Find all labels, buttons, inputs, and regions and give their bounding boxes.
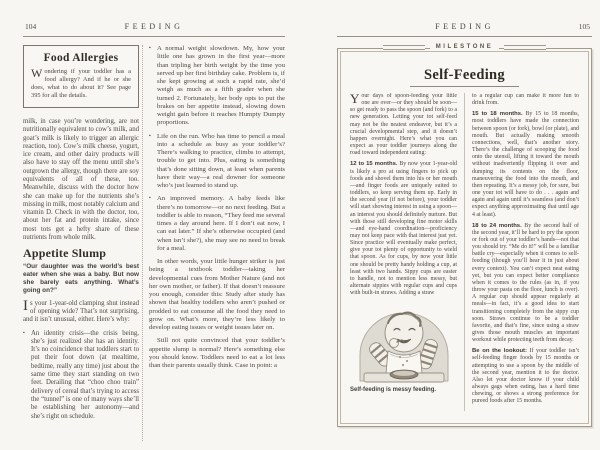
body-paragraph: milk, in case you’re wondering, are not … (23, 118, 139, 242)
body-paragraph: Your days of spoon-feeding your little o… (350, 93, 457, 157)
left-page-column-1: Food Allergies Wondering if your toddler… (23, 45, 139, 443)
list-item: An improved memory. A baby feeds like th… (149, 195, 285, 253)
body-paragraph: 15 to 18 months. By 15 to 18 months, mos… (472, 111, 579, 218)
figure: Self-feeding is messy feeding. (350, 301, 457, 394)
list-item: A normal weight slowdown. My, how your l… (149, 45, 285, 128)
baby-self-feeding-illustration (352, 301, 456, 385)
left-page-column-divider (142, 45, 143, 441)
body-paragraph: Is your 1-year-old clamping shut instead… (23, 300, 139, 325)
right-page-number: 105 (579, 22, 590, 31)
lookout-lead: Be on the lookout: (472, 348, 527, 354)
milestone-rule-left (383, 45, 425, 50)
body-paragraph: 12 to 15 months. By now your 1-year-old … (350, 161, 457, 297)
right-running-head: FEEDING (337, 22, 592, 31)
body-paragraph: In other words, your little hunger strik… (149, 258, 285, 332)
milestone-label: MILESTONE (338, 44, 591, 50)
appetite-slump-heading: Appetite Slump (23, 249, 139, 257)
reader-question-quote: “Our daughter was the world’s best eater… (23, 263, 139, 295)
body-paragraph: Still not quite convinced that your todd… (149, 337, 285, 370)
age-range-lead: 12 to 15 months. (350, 161, 398, 167)
list-item: An identity crisis—the crisis being, she… (23, 330, 139, 421)
food-allergies-title: Food Allergies (31, 54, 131, 62)
drop-cap-w: W (31, 68, 44, 78)
food-allergies-text: Wondering if your toddler has a food all… (31, 68, 131, 100)
body-paragraph: 18 to 24 months. By the second half of t… (472, 223, 579, 345)
milestone-column-1: Your days of spoon-feeding your little o… (350, 93, 465, 411)
food-allergies-box: Food Allergies Wondering if your toddler… (23, 45, 139, 108)
left-running-head: FEEDING (23, 22, 285, 31)
milestone-box-inner: Self-Feeding Your days of spoon-feeding … (340, 51, 589, 424)
figure-caption: Self-feeding is messy feeding. (350, 387, 457, 394)
self-feeding-title: Self-Feeding (410, 67, 519, 87)
milestone-box: MILESTONE Self-Feeding Your days of spoo… (337, 48, 592, 427)
drop-cap-y: Y (350, 93, 361, 104)
age-range-lead: 18 to 24 months. (472, 223, 522, 229)
list-item: Life on the run. Who has time to pencil … (149, 133, 285, 191)
age-range-lead: 15 to 18 months. (472, 111, 523, 117)
left-page-column-2: A normal weight slowdown. My, how your l… (149, 45, 285, 443)
milestone-columns: Your days of spoon-feeding your little o… (350, 93, 579, 411)
right-page-header: FEEDING 105 (337, 22, 592, 37)
body-paragraph: to a regular cup can make it more fun to… (472, 93, 579, 107)
milestone-title-wrap: Self-Feeding (350, 66, 579, 87)
body-paragraph: Be on the lookout: If your toddler isn’t… (472, 348, 579, 405)
left-page-header: 104 FEEDING (23, 22, 285, 37)
book-spread: 104 FEEDING Food Allergies Wondering if … (0, 0, 600, 450)
drop-cap-i: I (23, 300, 30, 313)
milestone-column-2: to a regular cup can make it more fun to… (465, 93, 579, 411)
milestone-rule-right (504, 45, 546, 50)
